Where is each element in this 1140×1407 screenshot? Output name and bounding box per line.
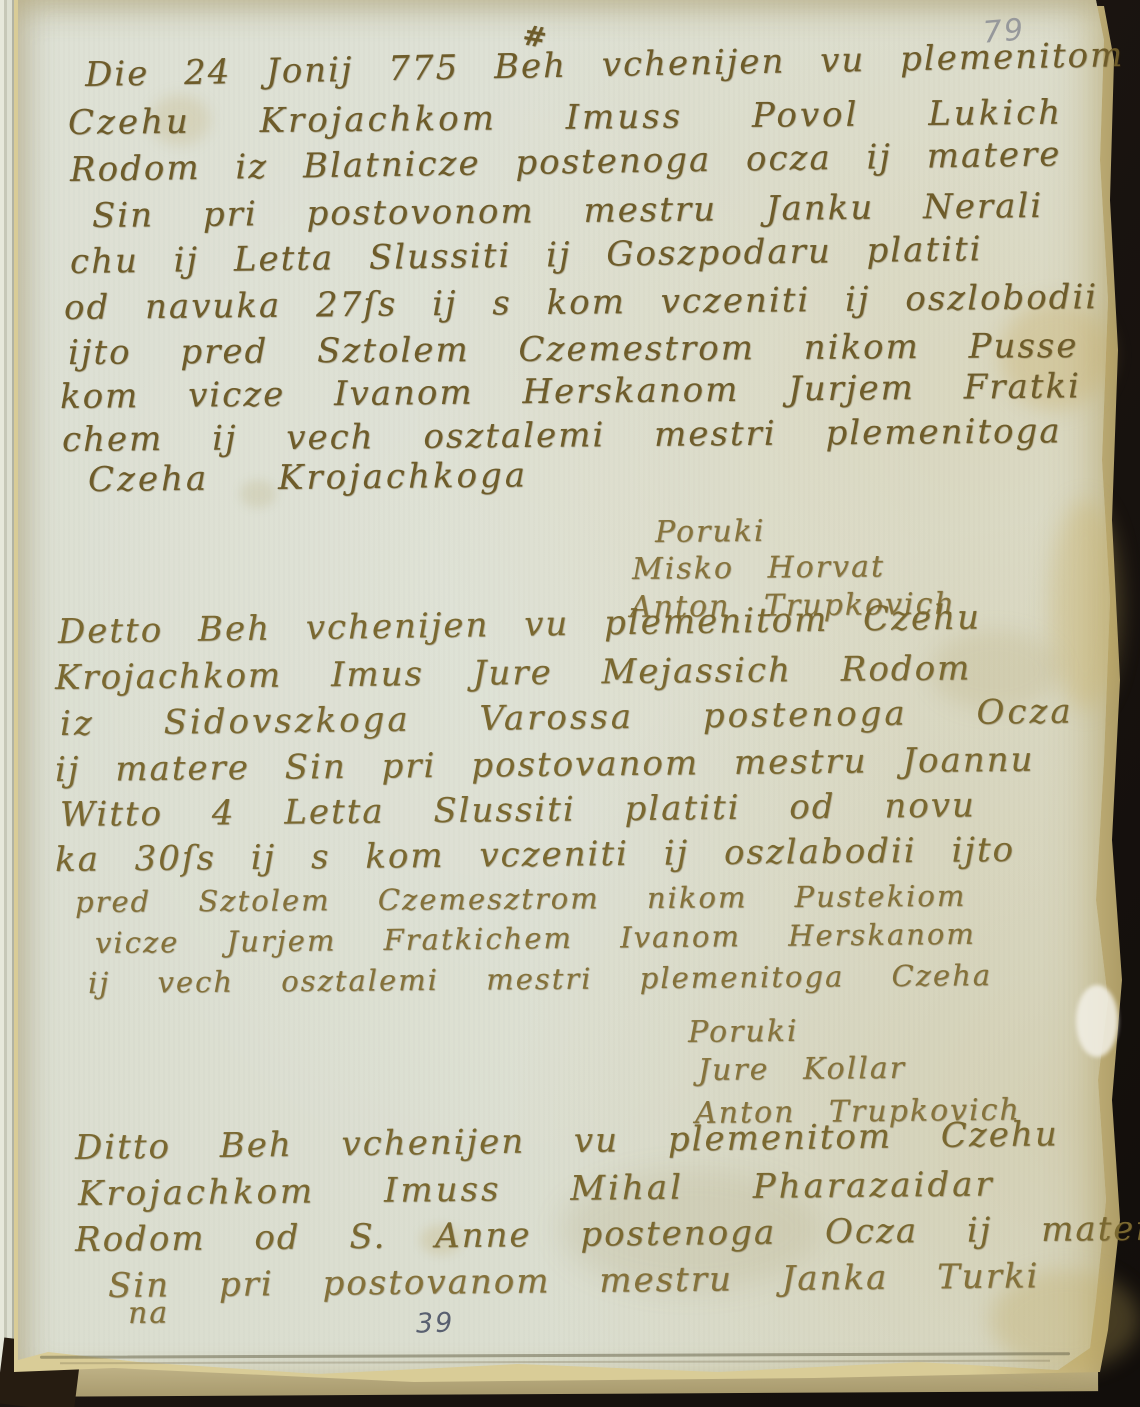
entry1-line: ijto pred Sztolem Czemestrom nikom Pusse bbox=[68, 326, 1079, 373]
entry3-catchword: na bbox=[128, 1296, 170, 1331]
manuscript-photo: 79 39 # Die 24 Jonij 775 Beh vchenijen v… bbox=[0, 0, 1140, 1407]
entry2-line: pred Sztolem Czemesztrom nikom Pustekiom bbox=[75, 879, 967, 919]
pencil-page-number-bottom: 39 bbox=[415, 1307, 454, 1339]
entry1-guarantor-heading: Poruki bbox=[655, 514, 766, 550]
entry2-guarantor-heading: Poruki bbox=[688, 1014, 799, 1050]
entry2-guarantor: Jure Kollar bbox=[698, 1051, 906, 1088]
entry1-guarantor: Misko Horvat bbox=[632, 549, 885, 587]
entry1-line: Czeha Krojachkoga bbox=[88, 455, 528, 500]
